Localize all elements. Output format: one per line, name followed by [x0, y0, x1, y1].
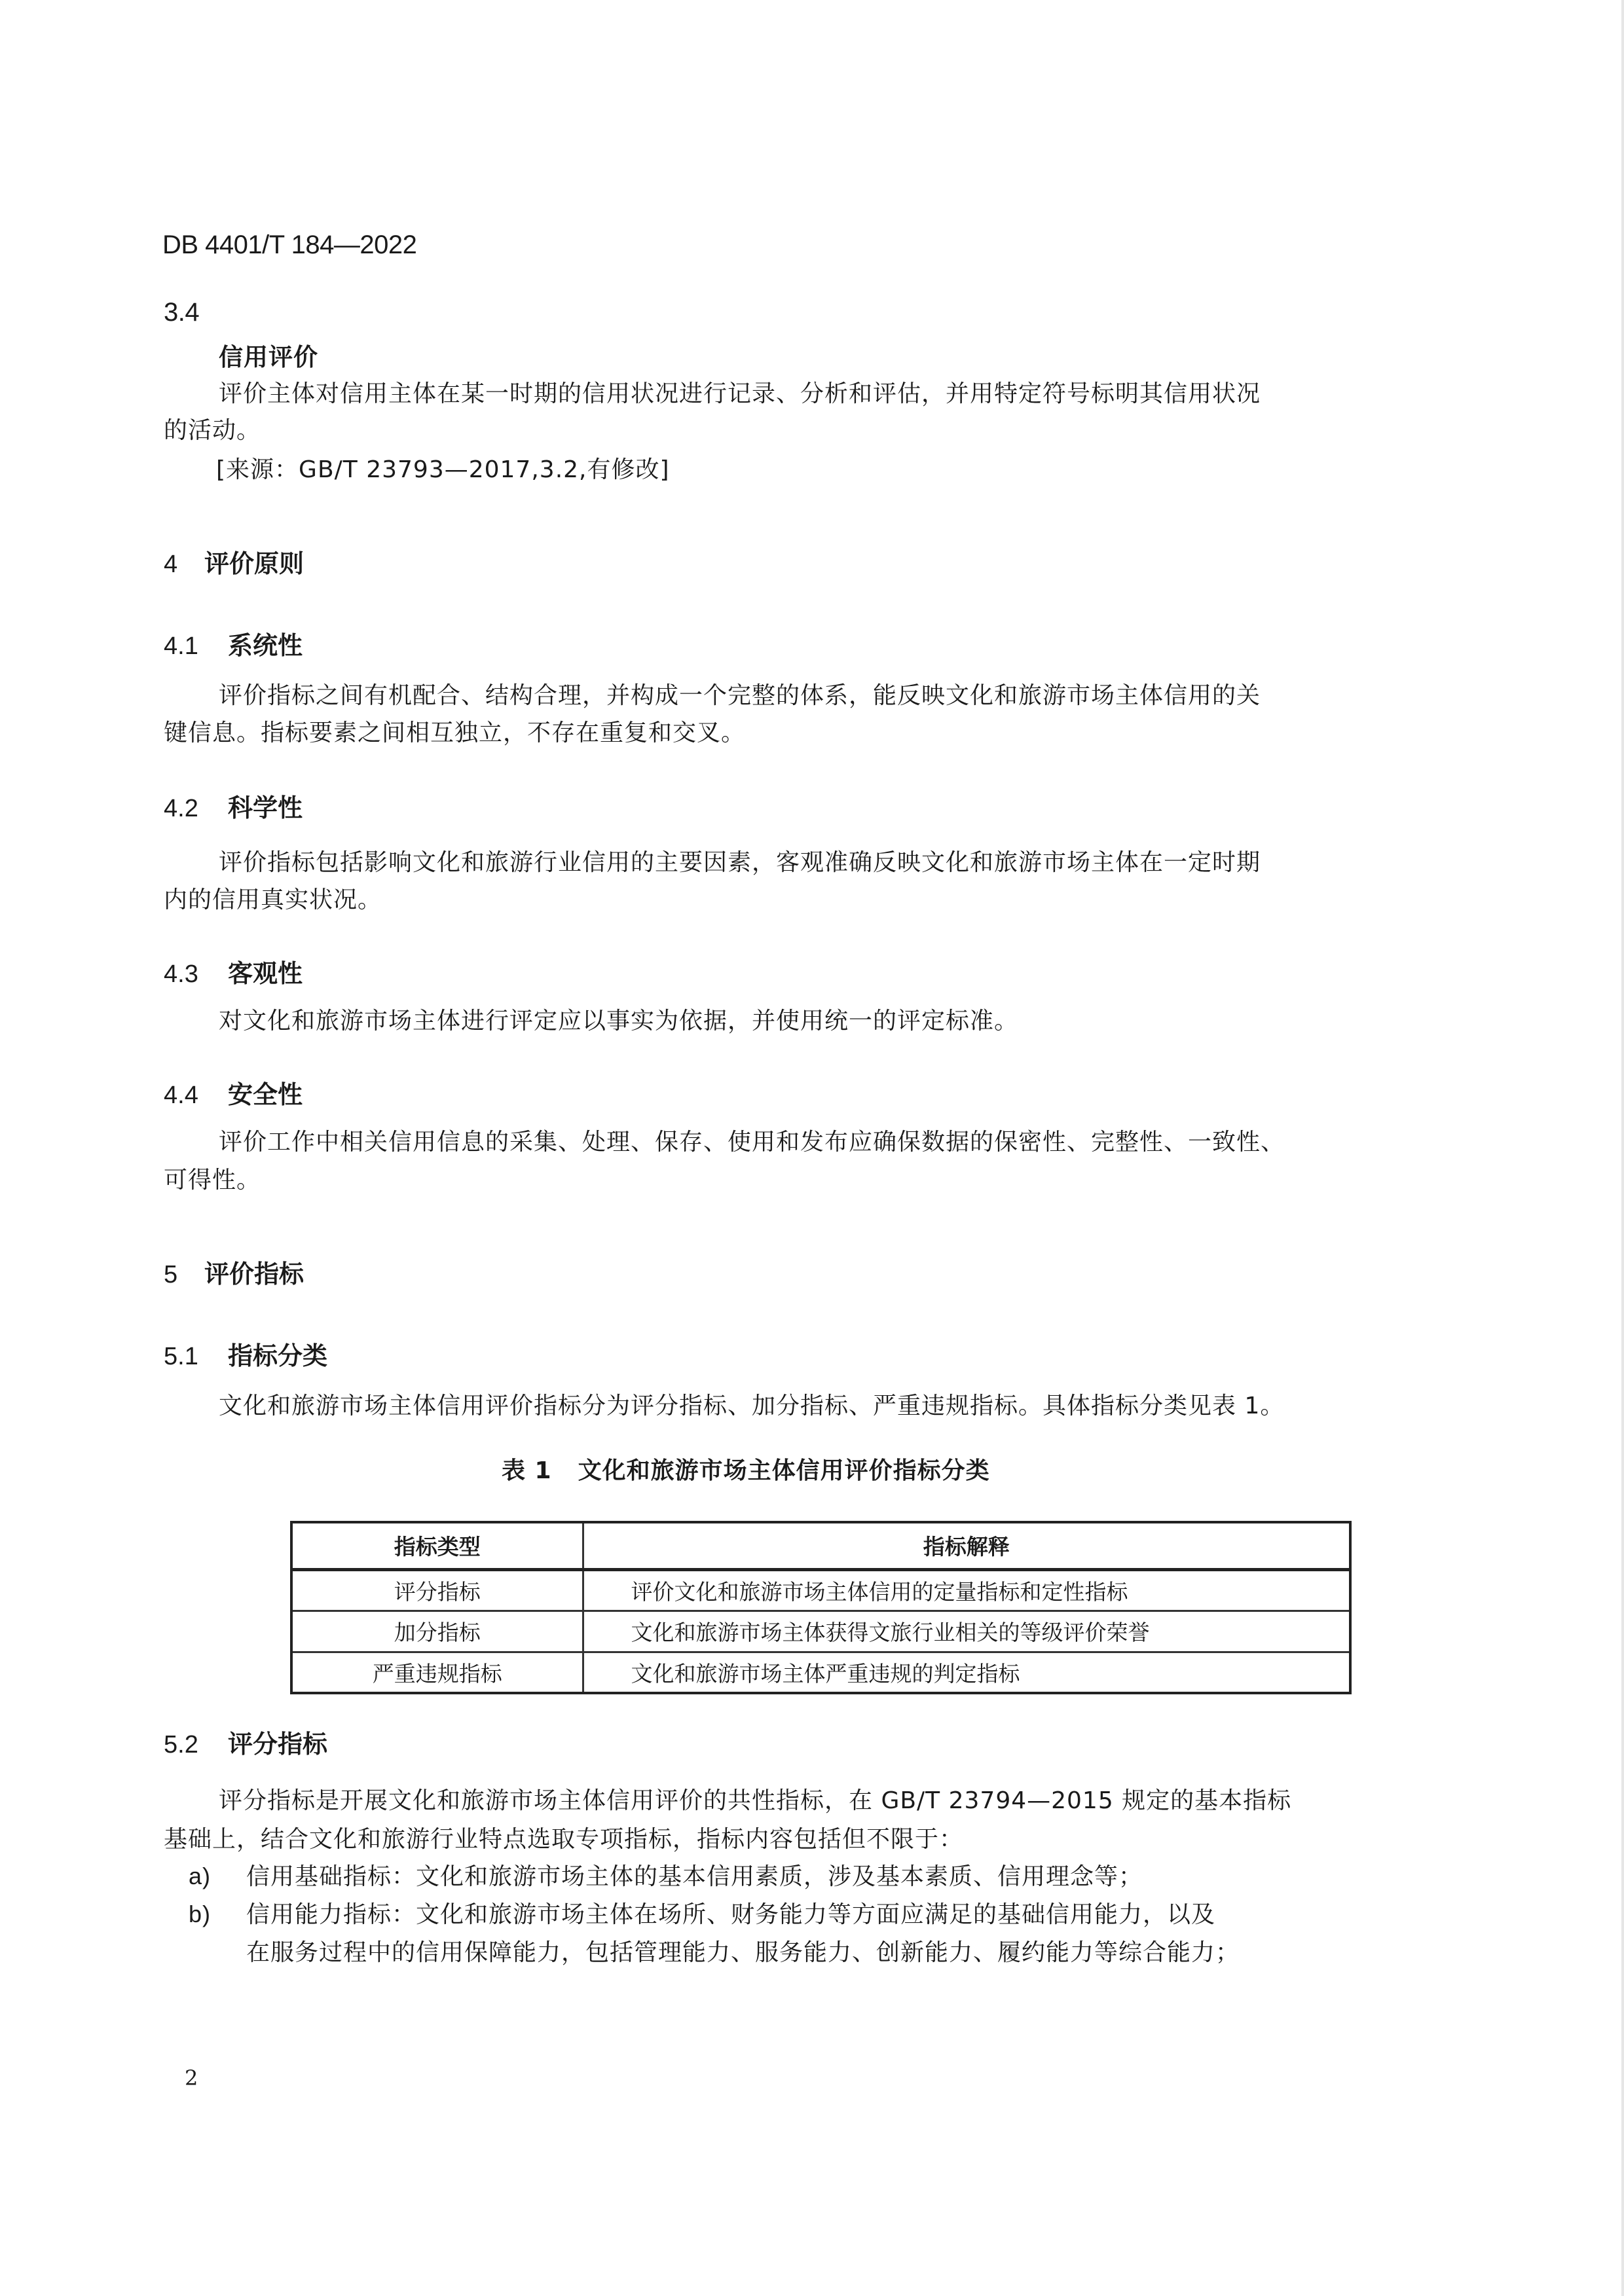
subsection-title: 系统性 [228, 631, 303, 660]
subsection-title: 安全性 [228, 1080, 303, 1109]
paragraph-line: 文化和旅游市场主体信用评价指标分为评分指标、加分指标、严重违规指标。具体指标分类… [219, 1394, 1284, 1418]
clause-number: 3.4 [164, 298, 199, 327]
subsection-heading-4-3: 4.3客观性 [164, 953, 303, 989]
section-heading-4: 4评价原则 [164, 543, 304, 579]
subsection-title: 客观性 [228, 959, 303, 988]
indicator-type-cell: 严重违规指标 [291, 1652, 583, 1693]
paragraph-line: 基础上，结合文化和旅游行业特点选取专项指标，指标内容包括但不限于： [164, 1828, 963, 1851]
section-title: 评价指标 [204, 1260, 304, 1288]
subsection-number: 4.2 [164, 795, 228, 823]
subsection-heading-4-4: 4.4安全性 [164, 1074, 303, 1110]
page-edge-shadow [1621, 0, 1624, 2296]
list-item-text: 信用基础指标：文化和旅游市场主体的基本信用素质，涉及基本素质、信用理念等； [246, 1863, 1143, 1890]
section-title: 评价原则 [204, 549, 304, 578]
paragraph-line: 评价指标之间有机配合、结构合理，并构成一个完整的体系，能反映文化和旅游市场主体信… [219, 684, 1261, 708]
table-row: 加分指标 文化和旅游市场主体获得文旅行业相关的等级评价荣誉 [291, 1611, 1350, 1652]
section-number: 5 [164, 1261, 204, 1289]
source-note: [来源：GB/T 23793—2017,3.2,有修改] [216, 458, 670, 482]
list-marker: a) [189, 1865, 246, 1888]
paragraph-line: 评价工作中相关信用信息的采集、处理、保存、使用和发布应确保数据的保密性、完整性、… [219, 1131, 1285, 1154]
list-item-a: a)信用基础指标：文化和旅游市场主体的基本信用素质，涉及基本素质、信用理念等； [189, 1865, 1143, 1889]
indicator-description-cell: 评价文化和旅游市场主体信用的定量指标和定性指标 [583, 1569, 1350, 1611]
paragraph-line: 可得性。 [164, 1169, 261, 1192]
section-number: 4 [164, 551, 204, 579]
subsection-number: 4.1 [164, 632, 228, 661]
section-heading-5: 5评价指标 [164, 1254, 304, 1290]
page-number: 2 [185, 2066, 198, 2090]
subsection-number: 4.3 [164, 960, 228, 989]
table-label: 表 1 [502, 1457, 552, 1484]
subsection-number: 5.1 [164, 1343, 228, 1371]
subsection-heading-4-1: 4.1系统性 [164, 625, 303, 661]
indicator-description-cell: 文化和旅游市场主体严重违规的判定指标 [583, 1652, 1350, 1693]
list-item-b-cont: 在服务过程中的信用保障能力，包括管理能力、服务能力、创新能力、履约能力等综合能力… [246, 1941, 1240, 1965]
table-caption: 表 1文化和旅游市场主体信用评价指标分类 [502, 1452, 990, 1485]
table-title: 文化和旅游市场主体信用评价指标分类 [578, 1457, 990, 1484]
paragraph-line: 评价指标包括影响文化和旅游行业信用的主要因素，客观准确反映文化和旅游市场主体在一… [219, 851, 1261, 875]
subsection-title: 评分指标 [228, 1730, 327, 1758]
indicator-type-cell: 评分指标 [291, 1569, 583, 1611]
definition-text: 评价主体对信用主体在某一时期的信用状况进行记录、分析和评估，并用特定符号标明其信… [219, 382, 1261, 406]
term-title: 信用评价 [219, 345, 318, 369]
indicator-description-cell: 文化和旅游市场主体获得文旅行业相关的等级评价荣誉 [583, 1611, 1350, 1652]
definition-text-cont: 的活动。 [164, 419, 261, 443]
document-code: DB 4401/T 184—2022 [162, 230, 416, 260]
paragraph-line: 键信息。指标要素之间相互独立，不存在重复和交叉。 [164, 721, 745, 745]
subsection-number: 4.4 [164, 1082, 228, 1110]
list-item-text: 信用能力指标：文化和旅游市场主体在场所、财务能力等方面应满足的基础信用能力，以及 [246, 1901, 1215, 1928]
table-header-row: 指标类型 指标解释 [291, 1522, 1350, 1569]
subsection-heading-4-2: 4.2科学性 [164, 788, 303, 824]
subsection-number: 5.2 [164, 1731, 228, 1759]
table-header-description: 指标解释 [583, 1522, 1350, 1569]
indicator-classification-table: 指标类型 指标解释 评分指标 评价文化和旅游市场主体信用的定量指标和定性指标 加… [290, 1521, 1352, 1694]
subsection-heading-5-1: 5.1指标分类 [164, 1336, 327, 1372]
list-marker: b) [189, 1903, 246, 1926]
subsection-title: 科学性 [228, 793, 303, 822]
document-page: DB 4401/T 184—2022 3.4 信用评价 评价主体对信用主体在某一… [0, 0, 1624, 2296]
list-item-b: b)信用能力指标：文化和旅游市场主体在场所、财务能力等方面应满足的基础信用能力，… [189, 1903, 1215, 1927]
table-row: 评分指标 评价文化和旅游市场主体信用的定量指标和定性指标 [291, 1569, 1350, 1611]
paragraph-line: 对文化和旅游市场主体进行评定应以事实为依据，并使用统一的评定标准。 [219, 1010, 1018, 1033]
indicator-type-cell: 加分指标 [291, 1611, 583, 1652]
subsection-title: 指标分类 [228, 1341, 327, 1370]
table-row: 严重违规指标 文化和旅游市场主体严重违规的判定指标 [291, 1652, 1350, 1693]
table-header-type: 指标类型 [291, 1522, 583, 1569]
subsection-heading-5-2: 5.2评分指标 [164, 1724, 327, 1760]
paragraph-line: 评分指标是开展文化和旅游市场主体信用评价的共性指标，在 GB/T 23794—2… [219, 1789, 1291, 1813]
paragraph-line: 内的信用真实状况。 [164, 888, 382, 912]
